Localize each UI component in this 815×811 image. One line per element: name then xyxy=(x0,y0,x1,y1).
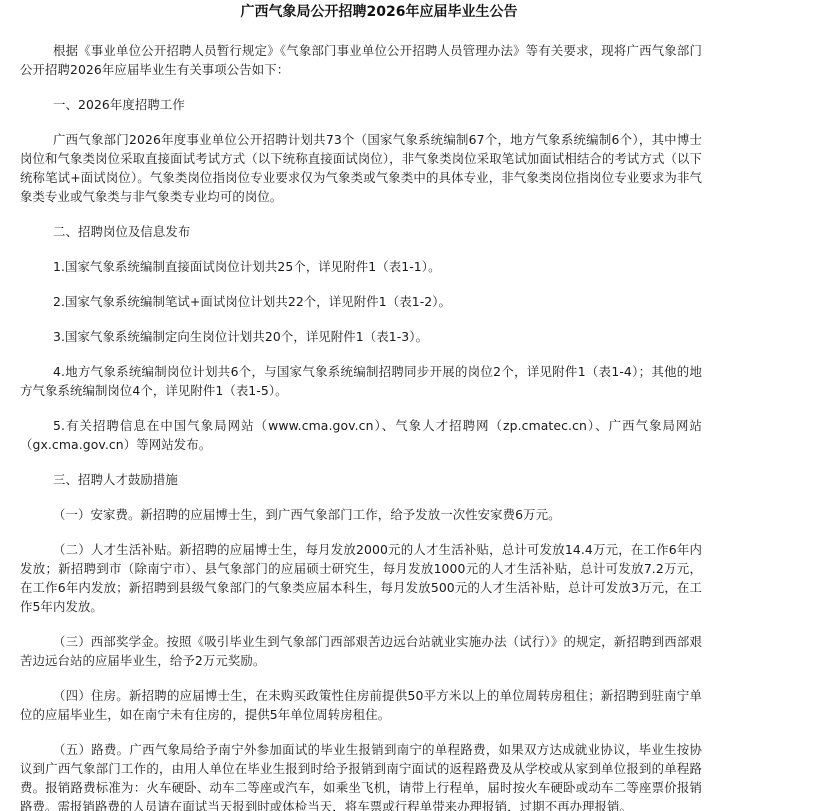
section-heading-1: 一、2026年度招聘工作 xyxy=(20,95,702,114)
incentive-living-subsidy: （二）人才生活补贴。新招聘的应届博士生，每月发放2000元的人才生活补贴，总计可… xyxy=(20,540,702,616)
section-2-item-3: 3.国家气象系统编制定向生岗位计划共20个，详见附件1（表1-3）。 xyxy=(20,327,702,346)
section-2-item-5: 5.有关招聘信息在中国气象局网站（www.cma.gov.cn）、气象人才招聘网… xyxy=(20,416,702,454)
section-2-item-2: 2.国家气象系统编制笔试+面试岗位计划共22个，详见附件1（表1-2）。 xyxy=(20,292,702,311)
section-heading-3: 三、招聘人才鼓励措施 xyxy=(20,470,702,489)
incentive-settlement-allowance: （一）安家费。新招聘的应届博士生，到广西气象部门工作，给予发放一次性安家费6万元… xyxy=(20,505,702,524)
section-2-item-4: 4.地方气象系统编制岗位计划共6个，与国家气象系统编制招聘同步开展的岗位2个，详… xyxy=(20,362,702,400)
page-title: 广西气象局公开招聘2026年应届毕业生公告 xyxy=(20,2,702,22)
section-heading-2: 二、招聘岗位及信息发布 xyxy=(20,222,702,241)
incentive-western-scholarship: （三）西部奖学金。按照《吸引毕业生到气象部门西部艰苦边远台站就业实施办法（试行）… xyxy=(20,632,702,670)
incentive-travel-expenses: （五）路费。广西气象局给予南宁外参加面试的毕业生报销到南宁的单程路费，如果双方达… xyxy=(20,740,702,811)
incentive-housing: （四）住房。新招聘的应届博士生，在未购买政策性住房前提供50平方米以上的单位周转… xyxy=(20,686,702,724)
section-2-item-1: 1.国家气象系统编制直接面试岗位计划共25个，详见附件1（表1-1）。 xyxy=(20,257,702,276)
section-1-paragraph: 广西气象部门2026年度事业单位公开招聘计划共73个（国家气象系统编制67个，地… xyxy=(20,130,702,206)
announcement-document: 广西气象局公开招聘2026年应届毕业生公告 根据《事业单位公开招聘人员暂行规定》… xyxy=(20,0,702,811)
intro-paragraph: 根据《事业单位公开招聘人员暂行规定》《气象部门事业单位公开招聘人员管理办法》等有… xyxy=(20,41,702,79)
